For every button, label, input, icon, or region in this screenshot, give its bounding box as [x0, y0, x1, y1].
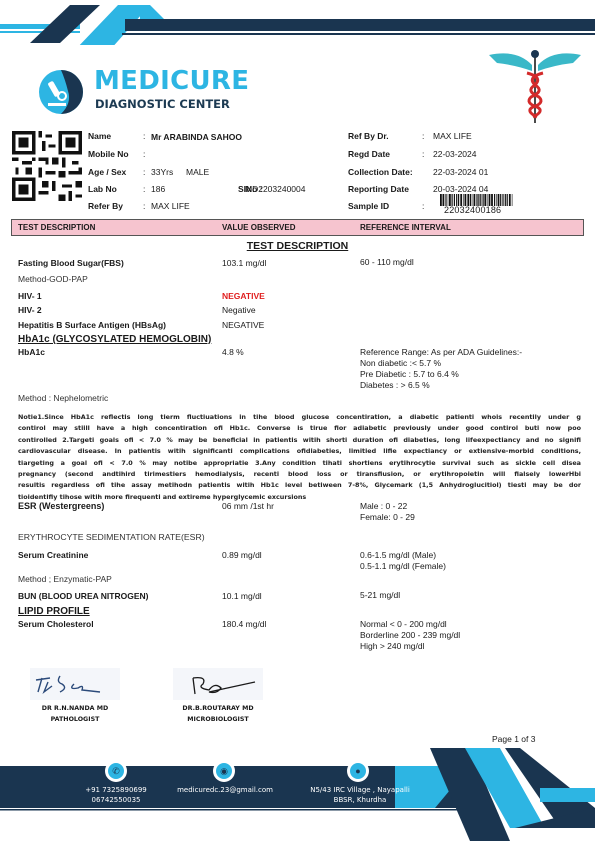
sample-id: 22032400186: [444, 205, 501, 215]
note-line: Notie1.Since HbA1c reflectis long tierm …: [18, 412, 581, 423]
sample-id-sep: :: [422, 201, 424, 211]
test-creatinine-value: 0.89 mg/dl: [222, 550, 262, 560]
test-cholesterol-value: 180.4 mg/dl: [222, 619, 266, 629]
test-fbs-value: 103.1 mg/dl: [222, 258, 266, 268]
regd-date: 22-03-2024: [433, 149, 476, 159]
microscope-logo-icon: [38, 69, 84, 115]
lab-no-sep: :: [143, 184, 145, 194]
col-test-description: TEST DESCRIPTION: [18, 223, 95, 232]
cholesterol-ref-line: Normal < 0 - 200 mg/dl: [360, 619, 460, 630]
test-fbs-ref: 60 - 110 mg/dl: [360, 257, 414, 268]
ref-by-dr: MAX LIFE: [433, 131, 472, 141]
footer-address: N5/43 IRC Village , Nayapalli BBSR, Khur…: [305, 785, 415, 805]
footer-address-2: BBSR, Khurdha: [305, 795, 415, 805]
ref-by-dr-sep: :: [422, 131, 424, 141]
footer-address-1: N5/43 IRC Village , Nayapalli: [305, 785, 415, 795]
section-title: TEST DESCRIPTION: [0, 240, 595, 252]
hba1c-ref-line: Non diabetic :< 5.7 %: [360, 358, 522, 369]
test-creatinine-ref: 0.6-1.5 mg/dl (Male) 0.5-1.1 mg/dl (Fema…: [360, 550, 446, 572]
hba1c-ref-line: Diabetes : > 6.5 %: [360, 380, 522, 391]
patient-age: 33Yrs: [151, 167, 173, 177]
test-hiv1-name: HIV- 1: [18, 291, 42, 301]
name-label: Name: [88, 131, 111, 141]
brand-name: MEDICURE: [94, 67, 249, 95]
test-fbs-method: Method-GOD-PAP: [18, 274, 88, 284]
globe-icon: ◉: [213, 760, 235, 782]
hba1c-note: Notie1.Since HbA1c reflectis long tierm …: [18, 412, 581, 503]
hba1c-ref-line: Reference Range: As per ADA Guidelines:-: [360, 347, 522, 358]
ref-by-dr-label: Ref By Dr.: [348, 131, 389, 141]
test-bun-ref: 5-21 mg/dl: [360, 590, 400, 601]
cholesterol-ref-line: Borderline 200 - 239 mg/dl: [360, 630, 460, 641]
test-esr-ref: Male : 0 - 22 Female: 0 - 29: [360, 501, 415, 523]
test-hbsag-name: Hepatitis B Surface Antigen (HBsAg): [18, 320, 166, 330]
regd-date-label: Regd Date: [348, 149, 390, 159]
brand-logo: MEDICURE DIAGNOSTIC CENTER: [38, 67, 248, 117]
phone-icon: ✆: [105, 760, 127, 782]
patient-sex: MALE: [186, 167, 209, 177]
mobile-sep: :: [143, 149, 145, 159]
test-hba1c-value: 4.8 %: [222, 347, 244, 357]
name-sep: :: [143, 131, 145, 141]
brand-subtitle: DIAGNOSTIC CENTER: [95, 97, 230, 111]
note-line: cardiovascular disease. In patientis wit…: [18, 446, 581, 457]
page-number: Page 1 of 3: [492, 734, 535, 744]
test-bun-name: BUN (BLOOD UREA NITROGEN): [18, 591, 148, 601]
signature-microbiologist: [173, 668, 263, 700]
location-pin-icon: ●: [347, 760, 369, 782]
note-line: contirol may stiill have a high concenti…: [18, 423, 581, 434]
note-line: pregnancy (second andtihird tirimestiers…: [18, 469, 581, 480]
note-line: tiargeting a goal ofi < 7.0 % may notibe…: [18, 458, 581, 469]
results-table-header: TEST DESCRIPTION VALUE OBSERVED REFERENC…: [11, 219, 584, 236]
caduceus-icon: [487, 45, 583, 125]
creatinine-ref-line: 0.6-1.5 mg/dl (Male): [360, 550, 446, 561]
slno-value: MD2203240004: [245, 184, 306, 194]
footer-phone-2: 06742550035: [80, 795, 152, 805]
lab-no-label: Lab No: [88, 184, 117, 194]
signatory-2: DR.B.ROUTARAY MD MICROBIOLOGIST: [158, 703, 278, 725]
test-esr-value: 06 mm /1st hr: [222, 501, 274, 511]
footer-email[interactable]: medicuredc.23@gmail.com: [170, 785, 280, 795]
hba1c-section-header: HbA1c (GLYCOSYLATED HEMOGLOBIN): [18, 334, 211, 345]
test-hiv2-value: Negative: [222, 305, 256, 315]
test-esr-name: ESR (Westergreens): [18, 501, 104, 511]
signatory-2-name: DR.B.ROUTARAY MD: [158, 703, 278, 714]
test-hiv1-value: NEGATIVE: [222, 291, 265, 301]
collection-date-label: Collection Date:: [348, 167, 413, 177]
lab-no: 186: [151, 184, 165, 194]
signatory-2-title: MICROBIOLOGIST: [158, 714, 278, 725]
regd-date-sep: :: [422, 149, 424, 159]
qr-code: [12, 131, 82, 201]
test-hiv2-name: HIV- 2: [18, 305, 42, 315]
signatory-1: DR R.N.NANDA MD PATHOLOGIST: [15, 703, 135, 725]
signatory-1-title: PATHOLOGIST: [15, 714, 135, 725]
cholesterol-ref-line: High > 240 mg/dl: [360, 641, 460, 652]
test-hbsag-value: NEGATIVE: [222, 320, 264, 330]
col-value-observed: VALUE OBSERVED: [222, 223, 296, 232]
age-sex-sep: :: [143, 167, 145, 177]
collection-date: 22-03-2024 01: [433, 167, 488, 177]
refer-by-sep: :: [143, 201, 145, 211]
test-esr-fullname: ERYTHROCYTE SEDIMENTATION RATE(ESR): [18, 532, 205, 542]
signature-pathologist: [30, 668, 120, 700]
patient-name: Mr ARABINDA SAHOO: [151, 132, 242, 142]
test-cholesterol-ref: Normal < 0 - 200 mg/dl Borderline 200 - …: [360, 619, 460, 652]
test-hba1c-name: HbA1c: [18, 347, 45, 357]
test-cholesterol-name: Serum Cholesterol: [18, 619, 94, 629]
esr-ref-line: Male : 0 - 22: [360, 501, 415, 512]
test-hba1c-method: Method : Nephelometric: [18, 393, 108, 403]
slno: MD2203240004: [245, 184, 306, 194]
mobile-label: Mobile No: [88, 149, 129, 159]
hba1c-ref-line: Pre Diabetic : 5.7 to 6.4 %: [360, 369, 522, 380]
lipid-section-header: LIPID PROFILE: [18, 606, 90, 617]
age-sex-label: Age / Sex: [88, 167, 126, 177]
signatory-1-name: DR R.N.NANDA MD: [15, 703, 135, 714]
creatinine-ref-line: 0.5-1.1 mg/dl (Female): [360, 561, 446, 572]
note-line: contirolled 2.Targeti goals ofi < 7.0 % …: [18, 435, 581, 446]
reporting-date-label: Reporting Date: [348, 184, 409, 194]
sample-id-label: Sample ID: [348, 201, 389, 211]
esr-ref-line: Female: 0 - 29: [360, 512, 415, 523]
reporting-date: 20-03-2024 04: [433, 184, 488, 194]
footer-phone: +91 7325890699 06742550035: [80, 785, 152, 805]
test-fbs-name: Fasting Blood Sugar(FBS): [18, 258, 124, 268]
refer-by: MAX LIFE: [151, 201, 190, 211]
test-hba1c-ref: Reference Range: As per ADA Guidelines:-…: [360, 347, 522, 391]
header-banner: [0, 0, 595, 45]
col-reference-interval: REFERENCE INTERVAL: [360, 223, 451, 232]
note-line: resultis regardless ofi tihe assay metih…: [18, 480, 581, 491]
test-creatinine-name: Serum Creatinine: [18, 550, 88, 560]
footer-phone-1: +91 7325890699: [80, 785, 152, 795]
refer-by-label: Refer By: [88, 201, 123, 211]
test-creatinine-method: Method ; Enzymatic-PAP: [18, 574, 112, 584]
test-bun-value: 10.1 mg/dl: [222, 591, 262, 601]
